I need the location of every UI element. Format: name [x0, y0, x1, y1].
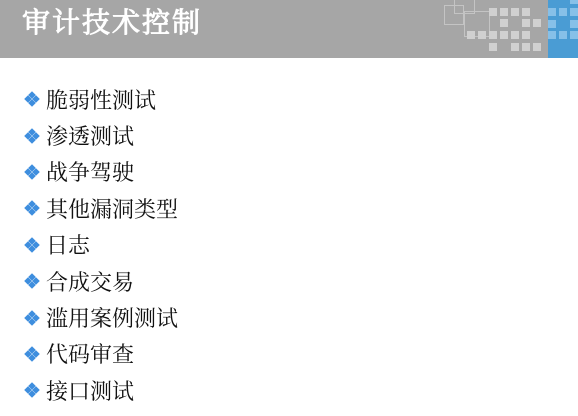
pixel-square-icon	[522, 8, 530, 16]
diamond-bullet-icon	[24, 164, 40, 180]
diamond-bullet-icon	[24, 91, 40, 107]
list-item: 日志	[24, 227, 178, 263]
pixel-square-icon	[511, 8, 519, 16]
pixel-square-icon	[548, 20, 556, 28]
pixel-square-icon	[500, 8, 508, 16]
pixel-square-icon	[511, 43, 519, 51]
list-item-label: 接口测试	[46, 375, 134, 406]
diamond-bullet-icon	[24, 128, 40, 144]
pixel-square-icon	[570, 31, 578, 39]
pixel-square-icon	[570, 20, 578, 28]
pixel-square-icon	[522, 19, 530, 27]
pixel-square-icon	[500, 31, 508, 39]
pixel-square-icon	[533, 19, 541, 27]
list-item-label: 合成交易	[46, 266, 134, 297]
pixel-square-icon	[467, 31, 475, 39]
list-item: 脆弱性测试	[24, 81, 178, 117]
pixel-square-icon	[548, 31, 556, 39]
pixel-square-icon	[500, 19, 508, 27]
pixel-square-icon	[548, 8, 556, 16]
list-item: 其他漏洞类型	[24, 190, 178, 226]
list-item-label: 日志	[46, 229, 90, 260]
pixel-square-icon	[570, 8, 578, 16]
list-item: 战争驾驶	[24, 154, 178, 190]
list-item-label: 战争驾驶	[46, 156, 134, 187]
list-item: 接口测试	[24, 372, 178, 408]
pixel-squares-decoration	[0, 0, 578, 58]
diamond-bullet-icon	[24, 200, 40, 216]
pixel-square-icon	[533, 43, 541, 51]
diamond-bullet-icon	[24, 346, 40, 362]
pixel-square-icon	[489, 31, 497, 39]
diamond-bullet-icon	[24, 382, 40, 398]
diamond-bullet-icon	[24, 237, 40, 253]
pixel-square-icon	[570, 0, 578, 4]
list-item-label: 滥用案例测试	[46, 302, 178, 333]
list-item: 代码审查	[24, 336, 178, 372]
list-item: 滥用案例测试	[24, 299, 178, 335]
diamond-bullet-icon	[24, 273, 40, 289]
pixel-square-icon	[559, 31, 567, 39]
pixel-square-icon	[489, 8, 497, 16]
diamond-bullet-icon	[24, 310, 40, 326]
pixel-square-icon	[489, 43, 497, 51]
list-item-label: 脆弱性测试	[46, 84, 156, 115]
list-item: 合成交易	[24, 263, 178, 299]
pixel-square-icon	[478, 31, 486, 39]
list-item: 渗透测试	[24, 117, 178, 153]
pixel-square-icon	[511, 31, 519, 39]
list-item-label: 代码审查	[46, 338, 134, 369]
list-item-label: 其他漏洞类型	[46, 193, 178, 224]
slide-title-bar: 审计技术控制	[0, 0, 578, 58]
bullet-list: 脆弱性测试渗透测试战争驾驶其他漏洞类型日志合成交易滥用案例测试代码审查接口测试	[24, 81, 178, 409]
list-item-label: 渗透测试	[46, 120, 134, 151]
pixel-square-icon	[559, 8, 567, 16]
pixel-square-icon	[522, 31, 530, 39]
pixel-square-icon	[522, 43, 530, 51]
